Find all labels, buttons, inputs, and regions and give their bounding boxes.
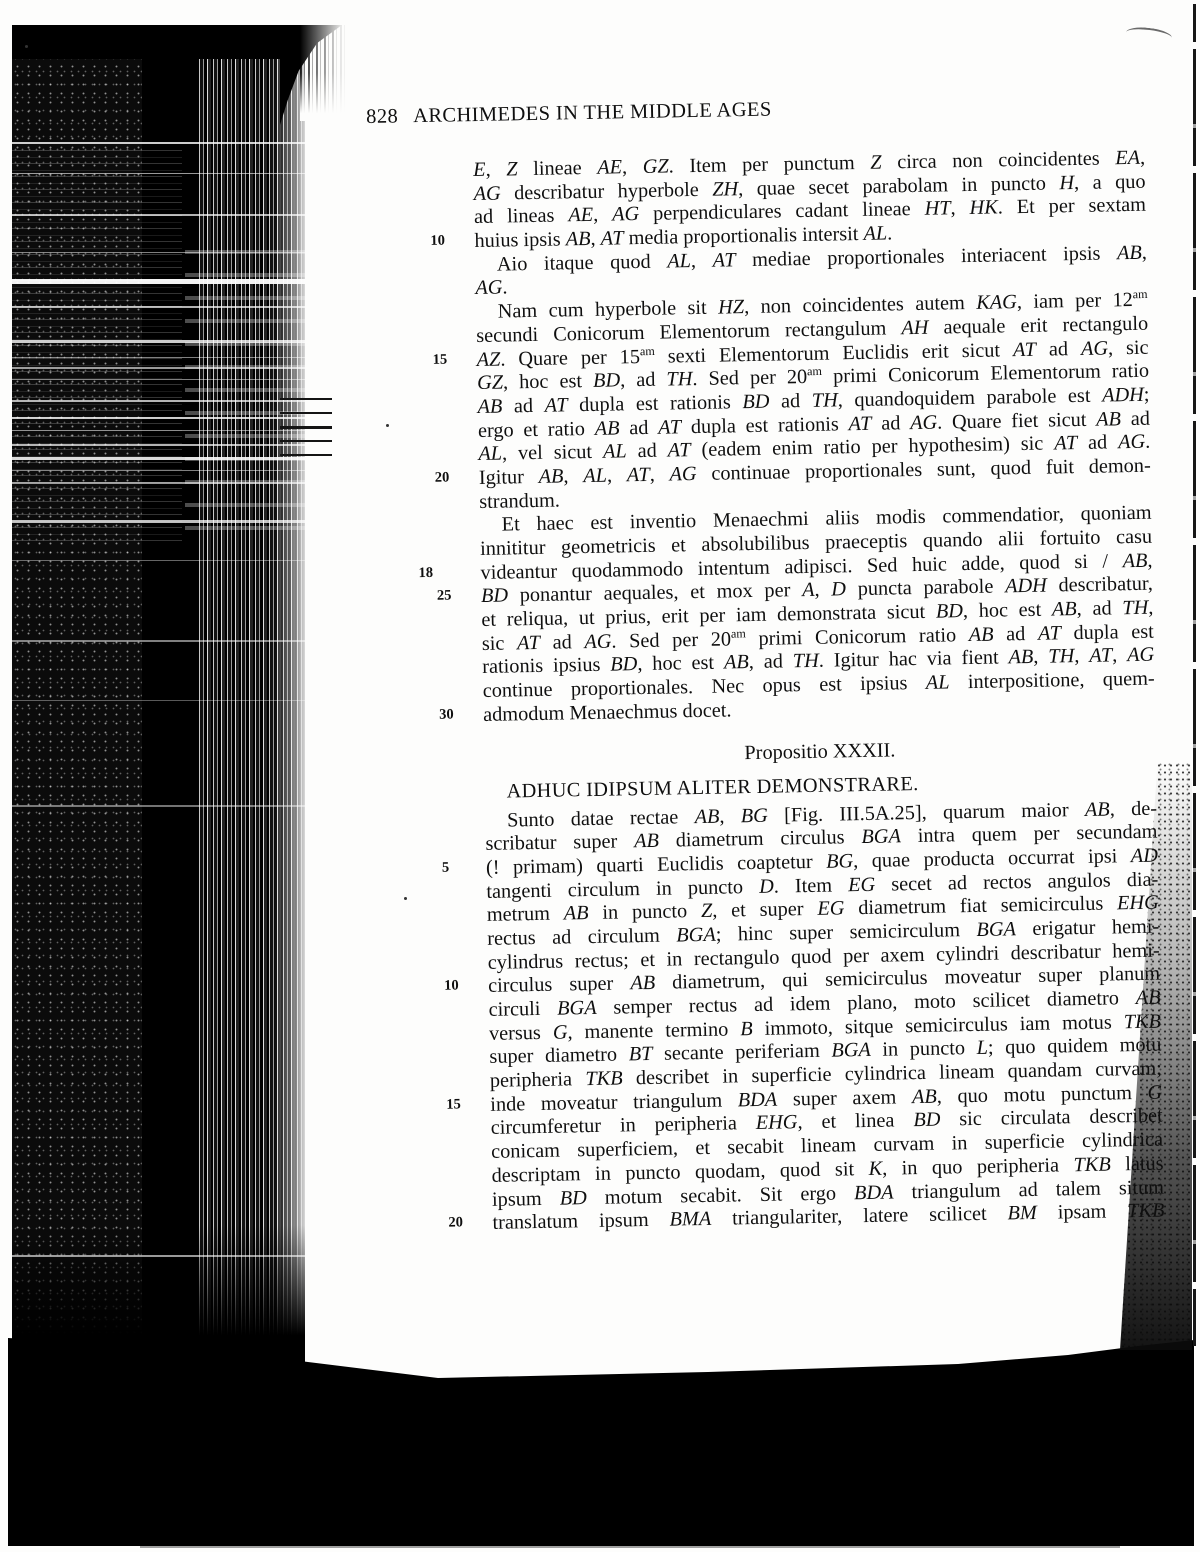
page-number: 828 xyxy=(366,105,398,128)
line-text: AG. xyxy=(475,277,508,300)
scan-scratch-line xyxy=(12,520,305,523)
scan-scratch-line xyxy=(12,173,305,174)
scan-scratch-line xyxy=(12,430,305,431)
paragraph-block-1: E, Z lineae AE, GZ. Item per punctum Z c… xyxy=(473,147,1155,728)
scan-speck xyxy=(25,45,28,48)
scan-dark-dash xyxy=(280,440,332,442)
margin-line-number: 15 xyxy=(433,352,463,367)
scan-scratch-line xyxy=(12,340,305,343)
scan-scratch-line xyxy=(12,417,305,419)
scan-scratch-line xyxy=(12,470,305,471)
line-text: strandum. xyxy=(479,489,560,512)
scan-scratch-line xyxy=(12,457,305,460)
page-content: 828ARCHIMEDES IN THE MIDDLE AGES E, Z li… xyxy=(366,92,1175,1238)
page-header: 828ARCHIMEDES IN THE MIDDLE AGES xyxy=(366,92,1154,129)
text-column: E, Z lineae AE, GZ. Item per punctum Z c… xyxy=(473,147,1165,1236)
scan-scratch-line xyxy=(12,400,305,402)
scan-scratch-line xyxy=(12,379,305,380)
scan-dark-dash xyxy=(280,398,332,400)
margin-line-number: 30 xyxy=(439,707,469,722)
scanned-book-page: { "page": { "number": "828", "running_ti… xyxy=(0,0,1200,1552)
scan-squiggle-mark xyxy=(1125,25,1172,45)
running-title: ARCHIMEDES IN THE MIDDLE AGES xyxy=(413,99,772,128)
scan-gutter-shadow xyxy=(12,26,305,1378)
scan-horizontal-stripes xyxy=(12,150,182,546)
scan-bottom-edge-line xyxy=(140,1546,1120,1548)
scan-scratch-line xyxy=(12,306,305,308)
scan-scratch-line xyxy=(12,805,305,807)
scan-scratch-line xyxy=(12,482,305,484)
line-text: admodum Menaechmus docet. xyxy=(483,699,732,726)
scan-scratch-line xyxy=(12,279,305,284)
scan-scratch-line xyxy=(12,367,305,369)
margin-line-number: 20 xyxy=(435,470,465,485)
scan-scratch-line xyxy=(12,640,305,642)
scan-scratch-line xyxy=(12,357,305,358)
scan-right-edge-line xyxy=(1193,4,1196,1346)
scan-top-bar xyxy=(12,25,282,59)
margin-line-number: 18 xyxy=(418,565,448,580)
scan-dark-dash xyxy=(280,426,332,429)
scan-scratch-line xyxy=(12,1255,305,1257)
margin-line-number: 10 xyxy=(430,233,460,248)
scan-scratch-line xyxy=(12,142,305,144)
scan-top-streaks xyxy=(300,25,348,121)
paragraph-block-2: Sunto datae rectae AB, BG [Fig. III.5A.2… xyxy=(485,797,1165,1236)
scan-scratch-line xyxy=(12,700,305,701)
scan-scratch-line xyxy=(12,560,305,561)
margin-line-number: 25 xyxy=(437,589,467,604)
scan-scratch-line xyxy=(12,444,305,446)
proposition-heading: Propositio XXXII. xyxy=(484,733,1156,769)
margin-line-number: 20 xyxy=(448,1215,478,1230)
margin-line-number: 15 xyxy=(446,1097,476,1112)
margin-line-number: 5 xyxy=(442,860,472,875)
scan-dark-dash xyxy=(280,412,332,414)
scan-dark-dash xyxy=(280,454,332,456)
scan-scratch-line xyxy=(12,252,305,253)
scan-page-edge-streaks xyxy=(197,26,305,1378)
margin-line-number: 10 xyxy=(444,978,474,993)
scan-bottom-shadow xyxy=(8,1338,1194,1546)
scan-scratch-line xyxy=(12,214,305,216)
